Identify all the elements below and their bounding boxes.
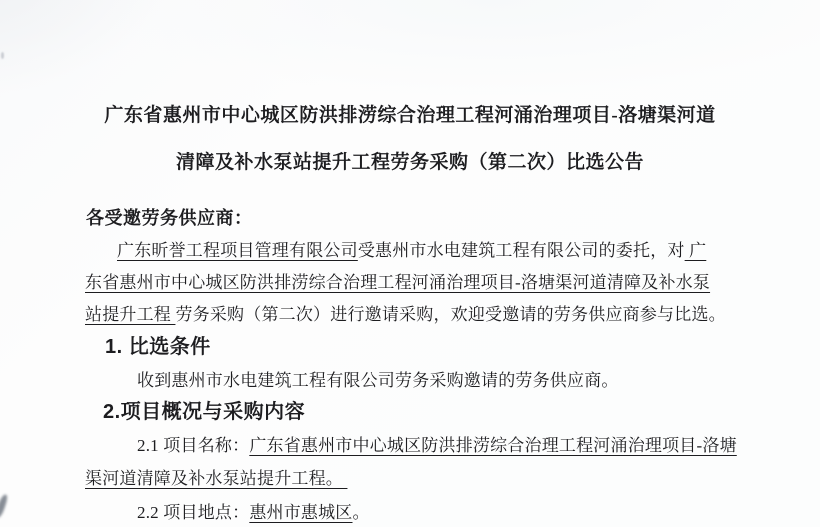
section-1-heading: 1. 比选条件 xyxy=(105,334,211,360)
document-title-line-2: 清障及补水泵站提升工程劳务采购（第二次）比选公告 xyxy=(0,150,820,176)
intro-paragraph-line-1: 广东昕誉工程项目管理有限公司受惠州市水电建筑工程有限公司的委托，对 广 xyxy=(117,239,706,263)
intro-paragraph-line-3: 站提升工程 劳务采购（第二次）进行邀请采购，欢迎受邀请的劳务供应商参与比选。 xyxy=(85,303,726,327)
section-2-heading: 2.项目概况与采购内容 xyxy=(103,399,305,425)
salutation: 各受邀劳务供应商： xyxy=(86,206,253,230)
item-2-1-line-1: 2.1 项目名称：广东省惠州市中心城区防洪排涝综合治理工程河涌治理项目-洛塘 xyxy=(137,434,737,458)
scan-speck xyxy=(1,52,4,59)
scan-smudge xyxy=(0,494,9,519)
intro-tail-text: 劳务采购（第二次）进行邀请采购，欢迎受邀请的劳务供应商参与比选。 xyxy=(175,305,725,324)
item-2-2-line: 2.2 项目地点：惠州市惠城区。 xyxy=(137,501,370,525)
document-title-line-1: 广东省惠州市中心城区防洪排涝综合治理工程河涌治理项目-洛塘渠河道 xyxy=(0,103,820,129)
section-1-body: 收到惠州市水电建筑工程有限公司劳务采购邀请的劳务供应商。 xyxy=(137,369,619,393)
item-2-2-label: 2.2 项目地点： xyxy=(137,503,249,522)
document-page: 广东省惠州市中心城区防洪排涝综合治理工程河涌治理项目-洛塘渠河道 清障及补水泵站… xyxy=(0,0,820,527)
item-2-2-value: 惠州市惠城区 xyxy=(249,503,352,522)
item-2-1-value-line-2: 渠河道清障及补水泵站提升工程。 xyxy=(85,469,347,488)
item-2-2-period: 。 xyxy=(353,503,370,522)
item-2-1-value-line-1: 广东省惠州市中心城区防洪排涝综合治理工程河涌治理项目-洛塘 xyxy=(249,436,736,455)
item-2-1-line-2: 渠河道清障及补水泵站提升工程。 xyxy=(85,467,347,491)
intro-agent-name: 广东昕誉工程项目管理有限公司 xyxy=(117,241,358,260)
intro-project-name-part-1: 广 xyxy=(685,241,707,260)
intro-project-name-part-2: 东省惠州市中心城区防洪排涝综合治理工程河涌治理项目-洛塘渠河道清障及补水泵 xyxy=(85,273,710,292)
intro-project-name-part-3: 站提升工程 xyxy=(85,305,175,324)
intro-mid-text: 受惠州市水电建筑工程有限公司的委托，对 xyxy=(358,241,685,260)
intro-paragraph-line-2: 东省惠州市中心城区防洪排涝综合治理工程河涌治理项目-洛塘渠河道清障及补水泵 xyxy=(85,271,710,295)
item-2-1-label: 2.1 项目名称： xyxy=(137,436,249,455)
